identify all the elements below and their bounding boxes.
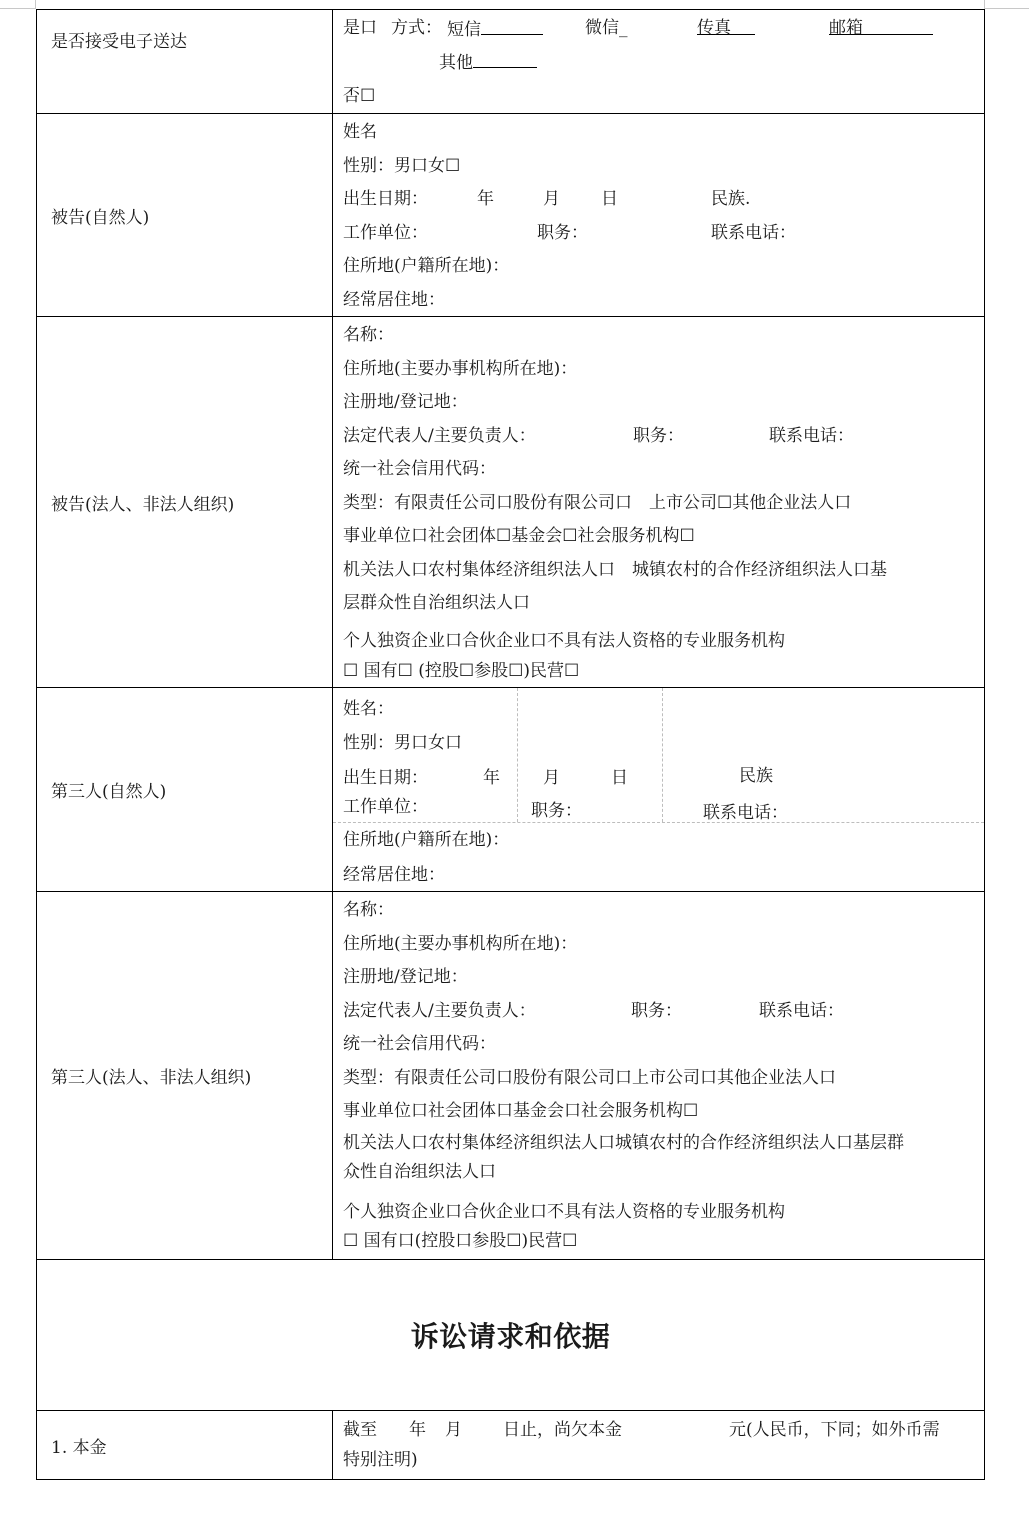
entity-type-options[interactable]: 机关法人口农村集体经济组织法人口 城镇农村的合作经济组织法人口基 <box>343 560 887 580</box>
position-field[interactable]: 职务： <box>531 796 582 821</box>
entity-type-options[interactable]: 类型：有限责任公司口股份有限公司口上市公司口其他企业法人口 <box>343 1068 836 1088</box>
birth-date-label: 出生日期： <box>343 763 428 788</box>
registered-place-field[interactable]: 注册地/登记地： <box>343 967 468 987</box>
phone-field[interactable]: 联系电话： <box>769 420 854 454</box>
row-label: 是否接受电子送达 <box>37 10 333 113</box>
grid-divider <box>517 688 518 822</box>
credit-code-field[interactable]: 统一社会信用代码： <box>343 1034 496 1054</box>
entity-type-options[interactable]: 类型：有限责任公司口股份有限公司口 上市公司☐其他企业法人口 <box>343 493 851 513</box>
other-input[interactable] <box>473 45 537 68</box>
entity-type-options[interactable]: 事业单位口社会团体☐基金会☐社会服务机构☐ <box>343 526 695 546</box>
phone-field[interactable]: 联系电话： <box>759 995 844 1029</box>
position-field[interactable]: 职务： <box>633 420 684 454</box>
row-content: 是口 方式： 短信 微信_ 传真 邮箱 其他 否☐ <box>333 10 984 113</box>
row-content: 截至 年 月 日止，尚欠本金 元(人民币，下同；如外币需 特别注明) <box>333 1411 984 1479</box>
entity-name-field[interactable]: 名称： <box>343 900 394 920</box>
currency-note: 元(人民币，下同；如外币需 <box>729 1415 940 1445</box>
row-content: 名称： 住所地(主要办事机构所在地)： 注册地/登记地： 法定代表人/主要负责人… <box>333 892 984 1259</box>
row-label: 第三人(自然人) <box>37 688 333 891</box>
birth-day[interactable]: 日 <box>601 183 618 217</box>
gender-field[interactable]: 性别：男口女☐ <box>343 156 460 176</box>
currency-note-cont: 特别注明) <box>343 1450 418 1470</box>
residence-field[interactable]: 经常居住地： <box>343 290 445 310</box>
label-defendant-natural: 被告(自然人) <box>51 203 149 228</box>
birth-year[interactable]: 年 <box>477 183 494 217</box>
birth-month[interactable]: 月 <box>543 763 560 788</box>
domicile-field[interactable]: 住所地(主要办事机构所在地)： <box>343 934 577 954</box>
domicile-field[interactable]: 住所地(主要办事机构所在地)： <box>343 359 577 379</box>
page-corner-mark <box>984 8 1029 9</box>
row-defendant-natural: 被告(自然人) 姓名 性别：男口女☐ 出生日期： 年 月 日 民族. 工作单位：… <box>37 114 984 317</box>
label-electronic-service: 是否接受电子送达 <box>51 27 187 52</box>
other-option[interactable]: 其他 <box>439 45 537 81</box>
phone-field[interactable]: 联系电话： <box>711 217 796 251</box>
row-label: 第三人(法人、非法人组织) <box>37 892 333 1259</box>
email-option[interactable]: 邮箱 <box>829 12 933 46</box>
row-electronic-service: 是否接受电子送达 是口 方式： 短信 微信_ 传真 邮箱 其他 否☐ <box>37 10 984 114</box>
position-field[interactable]: 职务： <box>537 217 588 251</box>
sms-input[interactable] <box>481 12 543 35</box>
label-principal: 1. 本金 <box>51 1433 107 1458</box>
entity-type-options[interactable]: 层群众性自治组织法人口 <box>343 593 530 613</box>
residence-field[interactable]: 经常居住地： <box>343 865 445 885</box>
ethnicity-field[interactable]: 民族. <box>711 183 750 217</box>
row-principal: 1. 本金 截至 年 月 日止，尚欠本金 元(人民币，下同；如外币需 特别注明) <box>37 1411 984 1480</box>
ownership-options[interactable]: ☐ 国有☐ (控股☐参股☐)民营☐ <box>343 661 579 681</box>
row-label: 被告(自然人) <box>37 114 333 316</box>
registered-place-field[interactable]: 注册地/登记地： <box>343 392 468 412</box>
label-third-party-natural: 第三人(自然人) <box>51 777 166 802</box>
ethnicity-field[interactable]: 民族 <box>739 761 773 786</box>
row-label: 1. 本金 <box>37 1411 333 1479</box>
birth-day[interactable]: 日 <box>611 763 628 788</box>
entity-name-field[interactable]: 名称： <box>343 325 394 345</box>
complaint-form-table: 是否接受电子送达 是口 方式： 短信 微信_ 传真 邮箱 其他 否☐ 被告(自然… <box>36 9 985 1480</box>
entity-type-options[interactable]: 众性自治组织法人口 <box>343 1162 496 1182</box>
sms-option[interactable]: 短信 <box>447 12 543 48</box>
date-month[interactable]: 月 <box>445 1415 462 1445</box>
gender-field[interactable]: 性别：男口女口 <box>343 728 462 753</box>
employer-field[interactable]: 工作单位： <box>343 792 428 817</box>
fax-option[interactable]: 传真 <box>697 12 755 46</box>
label-defendant-legal: 被告(法人、非法人组织) <box>51 490 234 515</box>
date-year[interactable]: 年 <box>409 1415 426 1445</box>
birth-year[interactable]: 年 <box>483 763 500 788</box>
row-content: 名称： 住所地(主要办事机构所在地)： 注册地/登记地： 法定代表人/主要负责人… <box>333 317 984 687</box>
wechat-option[interactable]: 微信_ <box>585 12 628 46</box>
domicile-field[interactable]: 住所地(户籍所在地)： <box>343 830 509 850</box>
ownership-options[interactable]: ☐ 国有口(控股口参股☐)民营☐ <box>343 1231 577 1251</box>
row-content: 姓名 性别：男口女☐ 出生日期： 年 月 日 民族. 工作单位： 职务： 联系电… <box>333 114 984 316</box>
name-field[interactable]: 姓名： <box>343 694 394 719</box>
representative-field[interactable]: 法定代表人/主要负责人： <box>343 420 536 454</box>
yes-checkbox[interactable]: 是口 <box>343 12 377 46</box>
row-third-party-natural: 第三人(自然人) 姓名： 性别：男口女口 出生日期： 年 月 日 民族 工作单位… <box>37 688 984 892</box>
entity-type-options[interactable]: 个人独资企业口合伙企业口不具有法人资格的专业服务机构 <box>343 1202 785 1222</box>
birth-date-label: 出生日期： <box>343 183 428 217</box>
outstanding-principal-label: 日止，尚欠本金 <box>503 1415 622 1445</box>
section-heading: 诉讼请求和依据 <box>411 1315 611 1355</box>
third-party-info-grid: 姓名： 性别：男口女口 出生日期： 年 月 日 民族 工作单位： 职务： 联系电… <box>333 688 984 823</box>
representative-field[interactable]: 法定代表人/主要负责人： <box>343 995 536 1029</box>
employer-field[interactable]: 工作单位： <box>343 217 428 251</box>
phone-field[interactable]: 联系电话： <box>703 798 788 823</box>
no-checkbox[interactable]: 否☐ <box>343 86 375 106</box>
birth-month[interactable]: 月 <box>543 183 560 217</box>
page-corner-mark <box>0 8 36 9</box>
entity-type-options[interactable]: 个人独资企业口合伙企业口不具有法人资格的专业服务机构 <box>343 631 785 651</box>
row-label: 被告(法人、非法人组织) <box>37 317 333 687</box>
as-of-label: 截至 <box>343 1415 377 1445</box>
position-field[interactable]: 职务： <box>631 995 682 1029</box>
entity-type-options[interactable]: 事业单位口社会团体口基金会口社会服务机构☐ <box>343 1101 698 1121</box>
domicile-field[interactable]: 住所地(户籍所在地)： <box>343 256 509 276</box>
row-defendant-legal: 被告(法人、非法人组织) 名称： 住所地(主要办事机构所在地)： 注册地/登记地… <box>37 317 984 688</box>
row-content: 姓名： 性别：男口女口 出生日期： 年 月 日 民族 工作单位： 职务： 联系电… <box>333 688 984 891</box>
method-label: 方式： <box>391 12 442 46</box>
name-field[interactable]: 姓名 <box>343 122 377 142</box>
row-claims-heading: 诉讼请求和依据 <box>37 1260 984 1411</box>
grid-divider <box>662 688 663 822</box>
credit-code-field[interactable]: 统一社会信用代码： <box>343 459 496 479</box>
entity-type-options[interactable]: 机关法人口农村集体经济组织法人口城镇农村的合作经济组织法人口基层群 <box>343 1133 904 1153</box>
row-third-party-legal: 第三人(法人、非法人组织) 名称： 住所地(主要办事机构所在地)： 注册地/登记… <box>37 892 984 1260</box>
label-third-party-legal: 第三人(法人、非法人组织) <box>51 1063 251 1088</box>
